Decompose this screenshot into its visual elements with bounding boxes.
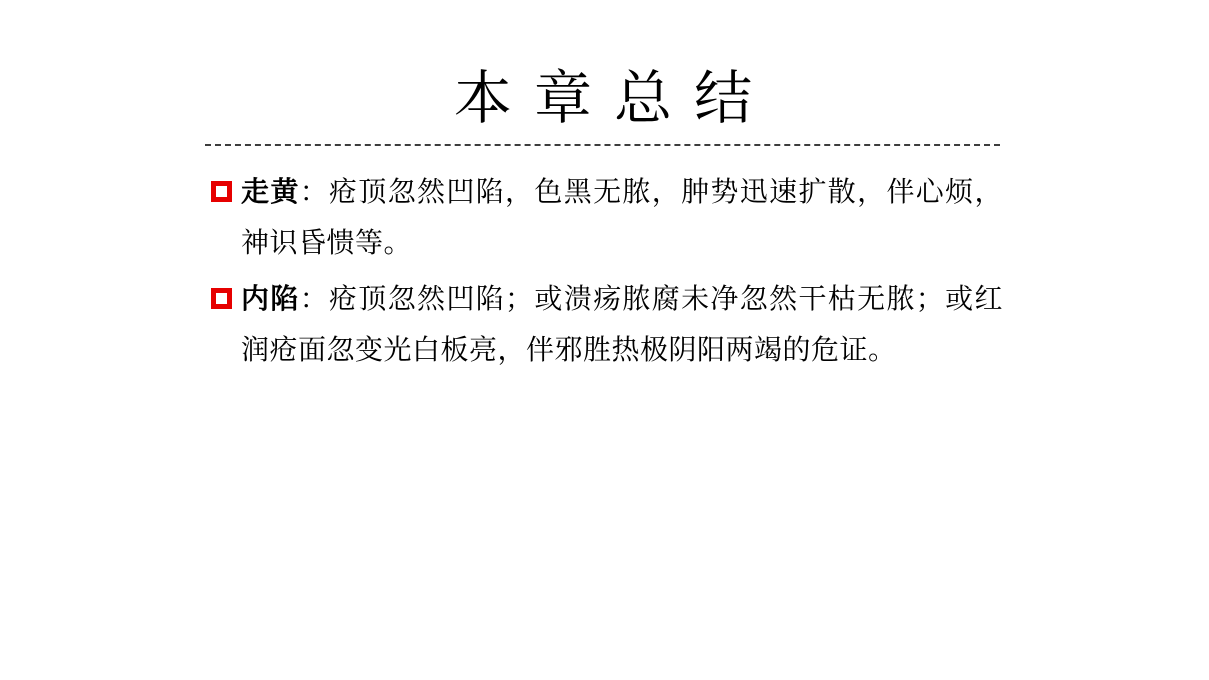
bullet-term: 走黄 bbox=[241, 176, 300, 207]
list-item: 走黄：疮顶忽然凹陷，色黑无脓，肿势迅速扩散，伴心烦，神识昏愦等。 bbox=[211, 166, 1003, 268]
title-divider-dashed-line bbox=[205, 144, 1000, 146]
bullet-paragraph: 内陷：疮顶忽然凹陷；或溃疡脓腐未净忽然干枯无脓；或红润疮面忽变光白板亮，伴邪胜热… bbox=[241, 273, 1003, 375]
presentation-slide: 本 章 总 结 走黄：疮顶忽然凹陷，色黑无脓，肿势迅速扩散，伴心烦，神识昏愦等。… bbox=[0, 0, 1209, 680]
list-item: 内陷：疮顶忽然凹陷；或溃疡脓腐未净忽然干枯无脓；或红润疮面忽变光白板亮，伴邪胜热… bbox=[211, 273, 1003, 375]
summary-bullet-list: 走黄：疮顶忽然凹陷，色黑无脓，肿势迅速扩散，伴心烦，神识昏愦等。 内陷：疮顶忽然… bbox=[211, 166, 1003, 375]
red-square-bullet-icon bbox=[211, 288, 232, 309]
bullet-description: ：疮顶忽然凹陷；或溃疡脓腐未净忽然干枯无脓；或红润疮面忽变光白板亮，伴邪胜热极阴… bbox=[241, 283, 1003, 365]
slide-title: 本 章 总 结 bbox=[0, 66, 1209, 132]
bullet-term: 内陷 bbox=[241, 283, 300, 314]
bullet-paragraph: 走黄：疮顶忽然凹陷，色黑无脓，肿势迅速扩散，伴心烦，神识昏愦等。 bbox=[241, 166, 1003, 268]
red-square-bullet-icon bbox=[211, 181, 232, 202]
bullet-description: ：疮顶忽然凹陷，色黑无脓，肿势迅速扩散，伴心烦，神识昏愦等。 bbox=[241, 176, 1003, 258]
